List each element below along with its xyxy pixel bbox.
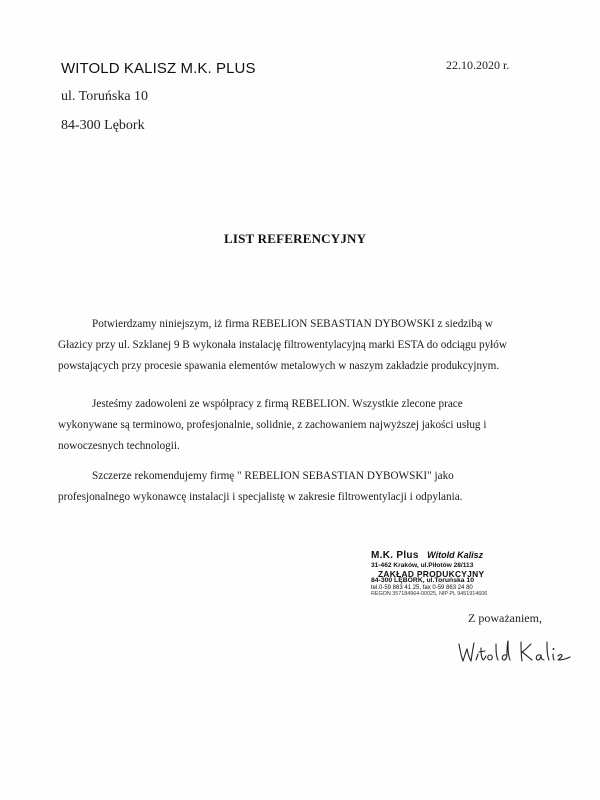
closing-salutation: Z poważaniem,	[468, 611, 542, 626]
paragraph-line: powstających przy procesie spawania elem…	[58, 356, 578, 377]
stamp-owner: Witold Kalisz	[427, 550, 483, 560]
letter-title: LIST REFERENCYJNY	[224, 231, 366, 247]
letter-page: WITOLD KALISZ M.K. PLUS ul. Toruńska 10 …	[0, 0, 600, 800]
handwritten-signature	[456, 636, 574, 666]
letter-date: 22.10.2020 r.	[446, 58, 509, 73]
company-stamp: M.K. Plus Witold Kalisz 31-462 Kraków, u…	[371, 546, 487, 597]
paragraph-line: profesjonalnego wykonawcę instalacji i s…	[58, 487, 578, 508]
stamp-brand: M.K. Plus	[371, 550, 419, 561]
paragraph-line: Jesteśmy zadowoleni ze współpracy z firm…	[58, 394, 578, 415]
paragraph-line: wykonywane są terminowo, profesjonalnie,…	[58, 415, 578, 436]
stamp-regon-nip: REGON 357184964-00025, NIP PL 9451914606	[371, 592, 487, 597]
company-city: 84-300 Lębork	[61, 118, 145, 134]
company-name: WITOLD KALISZ M.K. PLUS	[61, 60, 256, 77]
stamp-phone-fax: tel.0-59 863 41 25, fax 0-59 863 24 80	[371, 585, 487, 591]
stamp-address-lebork: 84-300 LĘBORK, ul.Toruńska 10	[371, 578, 487, 585]
paragraph-confirmation: Potwierdzamy niniejszym, iż firma REBELI…	[58, 314, 578, 377]
company-street: ul. Toruńska 10	[61, 89, 148, 105]
paragraph-line: nowoczesnych technologii.	[58, 436, 578, 457]
paragraph-line: Głazicy przy ul. Szklanej 9 B wykonała i…	[58, 335, 578, 356]
paragraph-line: Potwierdzamy niniejszym, iż firma REBELI…	[58, 314, 578, 335]
paragraph-line: Szczerze rekomendujemy firmę " REBELION …	[58, 466, 578, 487]
paragraph-satisfaction: Jesteśmy zadowoleni ze współpracy z firm…	[58, 394, 578, 457]
paragraph-recommendation: Szczerze rekomendujemy firmę " REBELION …	[58, 466, 578, 508]
